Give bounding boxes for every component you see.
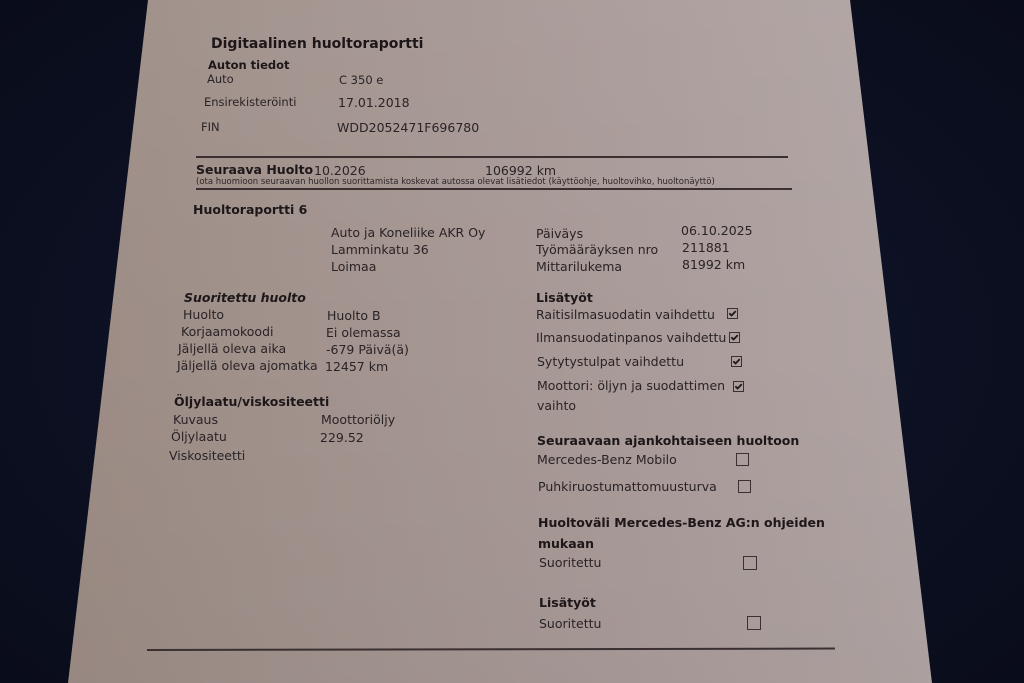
work-order-value: 211881: [682, 242, 730, 255]
car-info-heading: Auton tiedot: [208, 60, 290, 72]
extra-work-checkbox[interactable]: [729, 332, 740, 343]
fin-label: FIN: [201, 122, 220, 134]
extra-work-item-label: Ilmansuodatinpanos vaihdettu: [536, 332, 726, 345]
next-current-service-heading: Seuraavaan ajankohtaiseen huoltoon: [537, 435, 799, 448]
mobilo-label: Mercedes-Benz Mobilo: [537, 454, 677, 467]
oil-quality-value: 229.52: [320, 432, 364, 445]
extra-work-checkbox[interactable]: [727, 308, 738, 319]
extra-work-heading: Lisätyöt: [536, 292, 593, 305]
rust-warranty-checkbox[interactable]: [738, 480, 751, 493]
extra-work-checkbox[interactable]: [731, 356, 742, 367]
date-value: 06.10.2025: [681, 225, 753, 238]
workshop-city: Loimaa: [331, 261, 376, 274]
odometer-label: Mittarilukema: [536, 261, 622, 274]
remaining-time-value: -679 Päivä(ä): [326, 344, 409, 357]
interval-done-label: Suoritettu: [539, 557, 601, 570]
date-label: Päiväys: [536, 228, 583, 241]
remaining-distance-label: Jäljellä oleva ajomatka: [177, 360, 318, 373]
extra-work-checkbox[interactable]: [733, 381, 744, 392]
workshop-address: Lamminkatu 36: [331, 244, 429, 257]
service-done-heading: Suoritettu huolto: [184, 292, 306, 305]
odometer-value: 81992 km: [682, 259, 745, 272]
service-label: Huolto: [183, 309, 224, 322]
divider-line: [196, 156, 788, 158]
interval-done-checkbox[interactable]: [743, 556, 757, 570]
fin-value: WDD2052471F696780: [337, 122, 479, 135]
extra-work-item-label: Raitisilmasuodatin vaihdettu: [536, 309, 715, 322]
remaining-distance-value: 12457 km: [325, 361, 388, 374]
oil-quality-label: Öljylaatu: [171, 431, 227, 444]
car-value: C 350 e: [339, 75, 383, 87]
next-service-date: 10.2026: [314, 165, 366, 178]
workshop-code-label: Korjaamokoodi: [181, 326, 273, 339]
viscosity-label: Viskositeetti: [169, 450, 245, 463]
extra-work-2-heading: Lisätyöt: [539, 597, 596, 610]
extra-work-item-label: Sytytystulpat vaihdettu: [537, 356, 684, 369]
report-heading: Huoltoraportti 6: [193, 204, 307, 217]
extra-work-item-label: Moottori: öljyn ja suodattimen: [537, 380, 725, 393]
extra-work-2-done-checkbox[interactable]: [747, 616, 761, 630]
next-service-label: Seuraava Huolto: [196, 164, 313, 177]
interval-heading: Huoltoväli Mercedes-Benz AG:n ohjeiden: [538, 517, 825, 530]
rust-warranty-label: Puhkiruostumattomuusturva: [538, 481, 717, 494]
oil-description-value: Moottoriöljy: [321, 414, 395, 427]
divider-line: [196, 188, 792, 190]
first-registration-value: 17.01.2018: [338, 97, 410, 110]
workshop-code-value: Ei olemassa: [326, 327, 401, 340]
mobilo-checkbox[interactable]: [736, 453, 749, 466]
document-title: Digitaalinen huoltoraportti: [211, 37, 423, 51]
oil-description-label: Kuvaus: [173, 414, 218, 427]
work-order-label: Työmääräyksen nro: [536, 244, 658, 257]
extra-work-item-label-line2: vaihto: [537, 400, 576, 413]
first-registration-label: Ensirekisteröinti: [204, 97, 296, 109]
next-service-km: 106992 km: [485, 165, 556, 178]
interval-heading-line2: mukaan: [538, 538, 594, 551]
extra-work-2-done-label: Suoritettu: [539, 618, 601, 631]
car-label: Auto: [207, 74, 234, 86]
next-service-note: (ota huomioon seuraavan huollon suoritta…: [196, 178, 715, 187]
oil-heading: Öljylaatu/viskositeetti: [174, 396, 329, 409]
service-value: Huolto B: [327, 310, 381, 323]
remaining-time-label: Jäljellä oleva aika: [178, 343, 286, 356]
workshop-name: Auto ja Koneliike AKR Oy: [331, 227, 485, 240]
